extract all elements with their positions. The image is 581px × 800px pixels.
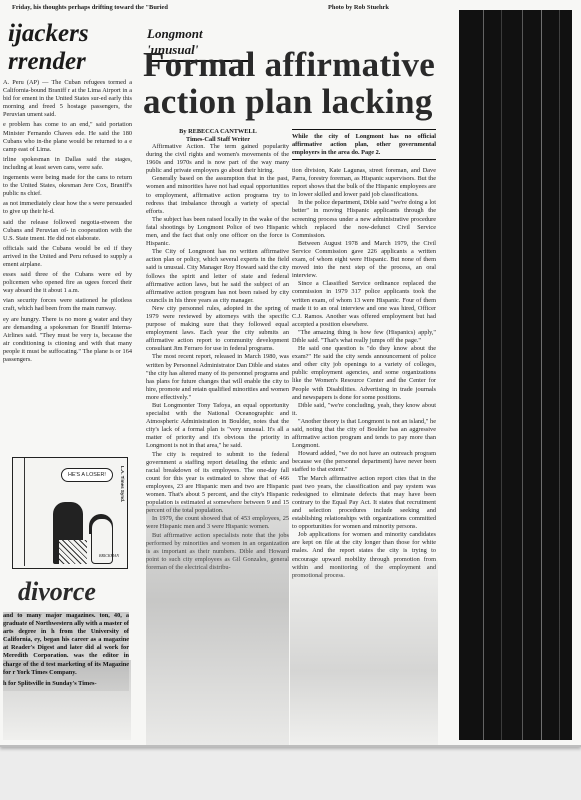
paragraph: officials said the Cubans would be ed if…	[3, 245, 132, 269]
headline-line2: action plan lacking	[143, 83, 458, 120]
paragraph: "Another theory is that Longmont is not …	[292, 418, 436, 450]
divorce-body: and to many major magazines. ton, 40, a …	[3, 612, 129, 691]
divorce-headline: divorce	[18, 577, 96, 607]
paragraph: vian security forces were stationed he p…	[3, 297, 132, 313]
paragraph: ey are hungry. There is no more g water …	[3, 316, 132, 365]
paragraph: h for Splitsville in Sunday's Times-	[3, 680, 129, 688]
hijackers-headline-line1: ijackers	[8, 20, 132, 48]
article-column-middle: Affirmative Action. The term gained popu…	[146, 143, 289, 572]
dark-photo-strip	[459, 10, 572, 740]
paragraph: ingements were being made for the cans t…	[3, 174, 132, 198]
paragraph: and to many major magazines. ton, 40, a …	[3, 612, 129, 677]
paragraph: The city is required to submit to the fe…	[146, 451, 289, 516]
paragraph: The March affirmative action report cite…	[292, 475, 436, 532]
article-headline: Formal affirmative action plan lacking	[143, 46, 458, 120]
cartoon-panel: HE'S A LOSER! BRICKMAN L.A. Times Synd.	[12, 457, 128, 569]
paragraph: New city personnel rules, adopted in the…	[146, 305, 289, 354]
byline-author: By REBECCA CANTWELL	[147, 128, 289, 136]
headline-line1: Formal affirmative	[143, 46, 458, 83]
paragraph: He said one question is "do they know ab…	[292, 345, 436, 402]
paragraph: as not immediately clear how the s were …	[3, 200, 132, 216]
byline-title: Times-Call Staff Writer	[147, 136, 289, 144]
byline: By REBECCA CANTWELL Times-Call Staff Wri…	[147, 128, 289, 143]
paragraph: Between August 1978 and March 1979, the …	[292, 240, 436, 280]
paragraph: esses said three of the Cubans were ed b…	[3, 271, 132, 295]
paragraph: Affirmative Action. The term gained popu…	[146, 143, 289, 175]
photocopy-smudge	[290, 560, 438, 745]
cartoon-frame: HE'S A LOSER! BRICKMAN	[24, 458, 125, 566]
paragraph: e problem has come to an end," said port…	[3, 121, 132, 153]
photo-credit: Photo by Rob Stuehrk	[328, 4, 389, 11]
paragraph: The City of Longmont has no written affi…	[146, 248, 289, 305]
paragraph: But Longmonter Tony Tafoya, an equal opp…	[146, 402, 289, 451]
paragraph: In 1979, the count showed that of 453 em…	[146, 515, 289, 531]
cartoon-syndicate-credit: L.A. Times Synd.	[120, 466, 125, 502]
article-column-right: tion division, Kate Lagunas, street fore…	[292, 167, 436, 580]
paragraph: In the police department, Dible said "we…	[292, 199, 436, 239]
hijackers-story: ijackers rrender	[0, 20, 132, 76]
paragraph: Generally based on the assumption that i…	[146, 175, 289, 215]
paragraph: Howard added, "we do not have an outreac…	[292, 450, 436, 474]
cartoon-plaid-pants	[59, 540, 87, 564]
newspaper-clipping: Friday, his thoughts perhaps drifting to…	[0, 0, 581, 747]
paragraph: said the release followed negotia-etween…	[3, 219, 132, 243]
paragraph: But affirmative action specialists note …	[146, 532, 289, 572]
paragraph: tion division, Kate Lagunas, street fore…	[292, 167, 436, 199]
paragraph: Since a Classified Service ordinance rep…	[292, 280, 436, 329]
paragraph: Dible said, "we're concluding, yeah, the…	[292, 402, 436, 418]
paragraph: Job applications for women and minority …	[292, 531, 436, 580]
paragraph: The subject has been raised locally in t…	[146, 216, 289, 248]
paragraph: "The amazing thing is how few (Hispanics…	[292, 329, 436, 345]
hijackers-headline-line2: rrender	[8, 48, 132, 76]
photo-caption-fragment: Friday, his thoughts perhaps drifting to…	[12, 4, 168, 11]
speech-bubble: HE'S A LOSER!	[61, 468, 113, 482]
related-story-teaser: While the city of Longmont has no offici…	[292, 129, 436, 160]
paragraph: A. Peru (AP) — The Cuban refugees tormed…	[3, 79, 132, 119]
paragraph: The most recent report, released in Marc…	[146, 353, 289, 402]
hijackers-body: A. Peru (AP) — The Cuban refugees tormed…	[3, 79, 132, 366]
paragraph: irline spokesman in Dallas said the stag…	[3, 156, 132, 172]
cartoon-signature: BRICKMAN	[99, 553, 119, 558]
